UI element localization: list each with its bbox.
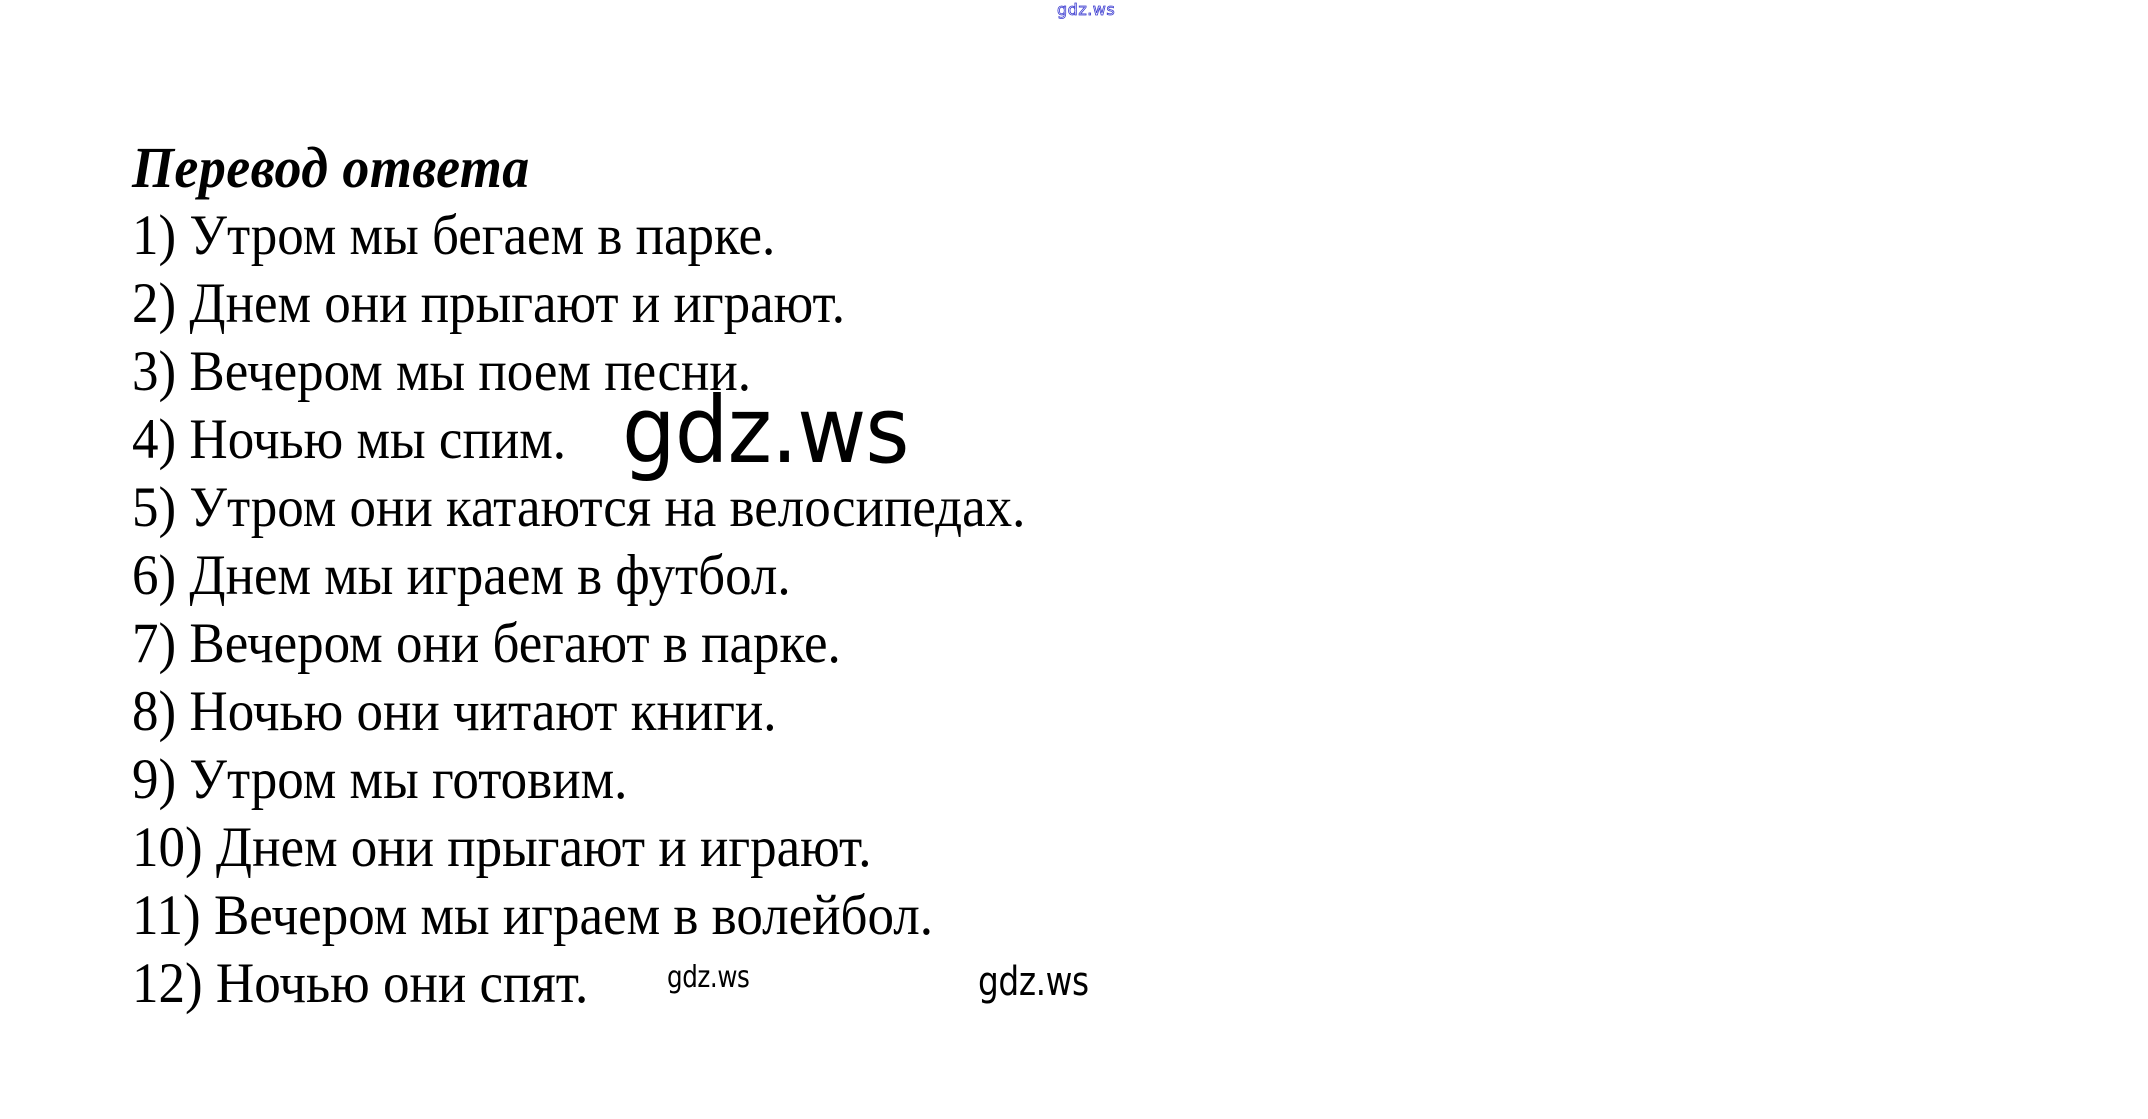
answer-line-2: 2) Днем они прыгают и играют. xyxy=(132,270,1025,338)
answer-line-9: 9) Утром мы готовим. xyxy=(132,746,1025,814)
watermark-small: gdz.ws xyxy=(667,960,749,996)
watermark-top: gdz.ws xyxy=(1057,0,1115,20)
answer-line-6: 6) Днем мы играем в футбол. xyxy=(132,542,1025,610)
answer-line-12: 12) Ночью они спят. xyxy=(132,950,1025,1018)
answer-line-8: 8) Ночью они читают книги. xyxy=(132,678,1025,746)
answer-line-7: 7) Вечером они бегают в парке. xyxy=(132,610,1025,678)
answer-line-10: 10) Днем они прыгают и играют. xyxy=(132,814,1025,882)
answer-line-11: 11) Вечером мы играем в волейбол. xyxy=(132,882,1025,950)
watermark-large: gdz.ws xyxy=(622,376,909,486)
section-title: Перевод ответа xyxy=(132,134,1025,202)
answer-translation-block: Перевод ответа 1) Утром мы бегаем в парк… xyxy=(132,134,1025,1018)
watermark-medium: gdz.ws xyxy=(978,958,1089,1006)
answer-line-1: 1) Утром мы бегаем в парке. xyxy=(132,202,1025,270)
